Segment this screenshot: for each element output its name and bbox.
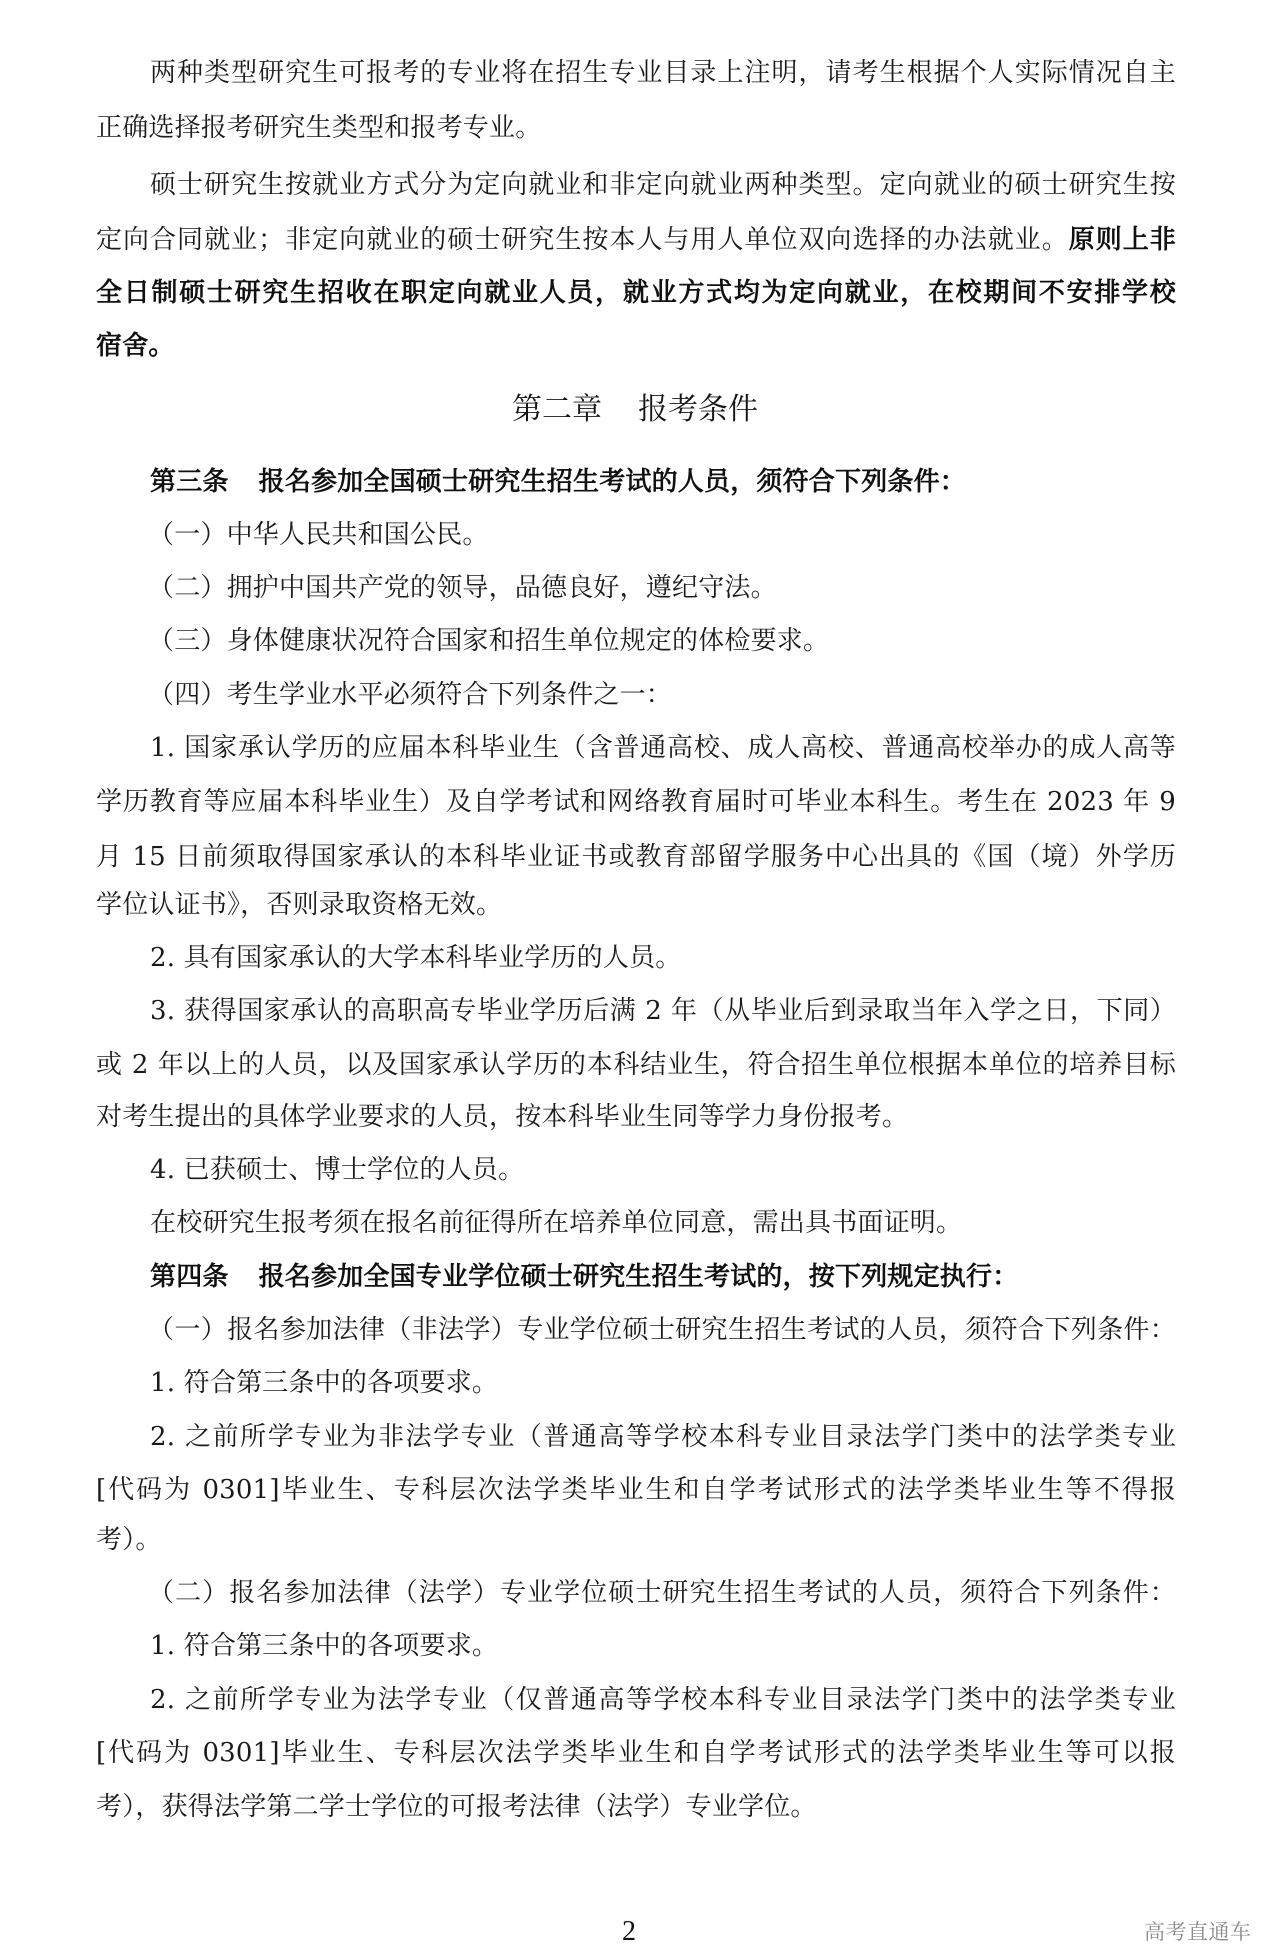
article-3-sub-3-line-3: 对考生提出的具体学业要求的人员，按本科毕业生同等学力身份报考。	[96, 1090, 1176, 1144]
article-3-item-4: （四）考生学业水平必须符合下列条件之一：	[148, 668, 1176, 722]
article-3-item-2: （二）拥护中国共产党的领导，品德良好，遵纪守法。	[148, 561, 1176, 615]
intro-paragraph-2-line-4: 宿舍。	[96, 319, 1176, 373]
intro-paragraph-1-line-1: 两种类型研究生可报考的专业将在招生专业目录上注明，请考生根据个人实际情况自主	[150, 46, 1176, 100]
article-3-item-1: （一）中华人民共和国公民。	[148, 508, 1176, 562]
article-3-sub-3-line-1: 3. 获得国家承认的高职高专毕业学历后满 2 年（从毕业后到录取当年入学之日，下…	[150, 984, 1176, 1038]
article-4-section-2-item-2-line-1: 2. 之前所学专业为法学专业（仅普通高等学校本科专业目录法学门类中的法学类专业	[150, 1673, 1176, 1727]
article-4-section-1-title: （一）报名参加法律（非法学）专业学位硕士研究生招生考试的人员，须符合下列条件：	[148, 1303, 1176, 1357]
intro-paragraph-2-line-1: 硕士研究生按就业方式分为定向就业和非定向就业两种类型。定向就业的硕士研究生按	[150, 158, 1176, 212]
article-3-sub-1-line-1: 1. 国家承认学历的应届本科毕业生（含普通高校、成人高校、普通高校举办的成人高等	[150, 721, 1176, 775]
intro-paragraph-2-normal-text: 定向合同就业；非定向就业的硕士研究生按本人与用人单位双向选择的办法就业。	[96, 225, 1069, 255]
article-3-heading-text: 报名参加全国硕士研究生招生考试的人员，须符合下列条件：	[259, 467, 966, 497]
article-3-sub-2: 2. 具有国家承认的大学本科毕业学历的人员。	[150, 931, 1176, 985]
intro-paragraph-2-bold-text: 原则上非	[1069, 225, 1176, 255]
article-4-label: 第四条	[150, 1250, 229, 1304]
intro-paragraph-1-line-2: 正确选择报考研究生类型和报考专业。	[96, 101, 1176, 155]
article-4-section-1-item-2-line-2: [代码为 0301]毕业生、专科层次法学类毕业生和自学考试形式的法学类毕业生等不…	[96, 1463, 1176, 1517]
chapter-title: 报考条件	[638, 392, 758, 427]
article-4-section-1-item-2-line-1: 2. 之前所学专业为非法学专业（普通高等学校本科专业目录法学门类中的法学类专业	[150, 1410, 1176, 1464]
article-3-sub-1-line-2: 学历教育等应届本科毕业生）及自学考试和网络教育届时可毕业本科生。考生在 2023…	[96, 775, 1176, 829]
document-page: 两种类型研究生可报考的专业将在招生专业目录上注明，请考生根据个人实际情况自主 正…	[0, 0, 1280, 1950]
article-4-section-2-item-2-line-3: 考），获得法学第二学士学位的可报考法律（法学）专业学位。	[96, 1780, 1176, 1834]
intro-paragraph-2-line-3: 全日制硕士研究生招收在职定向就业人员，就业方式均为定向就业，在校期间不安排学校	[96, 266, 1176, 320]
article-3-sub-1-line-4: 学位认证书》，否则录取资格无效。	[96, 878, 1176, 932]
article-4-section-2-item-2-line-2: [代码为 0301]毕业生、专科层次法学类毕业生和自学考试形式的法学类毕业生等可…	[96, 1726, 1176, 1780]
article-4-section-2-item-1: 1. 符合第三条中的各项要求。	[150, 1619, 1176, 1673]
article-4-heading: 第四条报名参加全国专业学位硕士研究生招生考试的，按下列规定执行：	[150, 1250, 1176, 1304]
article-3-item-3: （三）身体健康状况符合国家和招生单位规定的体检要求。	[148, 614, 1176, 668]
article-3-sub-1-line-3: 月 15 日前须取得国家承认的本科毕业证书或教育部留学服务中心出具的《国（境）外…	[96, 830, 1176, 884]
article-4-heading-text: 报名参加全国专业学位硕士研究生招生考试的，按下列规定执行：	[259, 1262, 1019, 1292]
article-4-section-2-title: （二）报名参加法律（法学）专业学位硕士研究生招生考试的人员，须符合下列条件：	[148, 1566, 1176, 1620]
article-4-section-1-item-1: 1. 符合第三条中的各项要求。	[150, 1356, 1176, 1410]
page-number: 2	[622, 1912, 636, 1950]
article-3-sub-3-line-2: 或 2 年以上的人员，以及国家承认学历的本科结业生，符合招生单位根据本单位的培养…	[96, 1038, 1176, 1092]
article-3-sub-4: 4. 已获硕士、博士学位的人员。	[150, 1143, 1176, 1197]
article-3-heading: 第三条报名参加全国硕士研究生招生考试的人员，须符合下列条件：	[150, 455, 1176, 509]
watermark-text: 高考直通车	[1144, 1916, 1252, 1948]
article-3-label: 第三条	[150, 455, 229, 509]
chapter-heading: 第二章报考条件	[0, 388, 1270, 432]
chapter-number: 第二章	[512, 392, 602, 427]
intro-paragraph-2-line-2: 定向合同就业；非定向就业的硕士研究生按本人与用人单位双向选择的办法就业。原则上非	[96, 213, 1176, 267]
article-3-note: 在校研究生报考须在报名前征得所在培养单位同意，需出具书面证明。	[150, 1196, 1176, 1250]
article-4-section-1-item-2-line-3: 考）。	[96, 1513, 1176, 1567]
